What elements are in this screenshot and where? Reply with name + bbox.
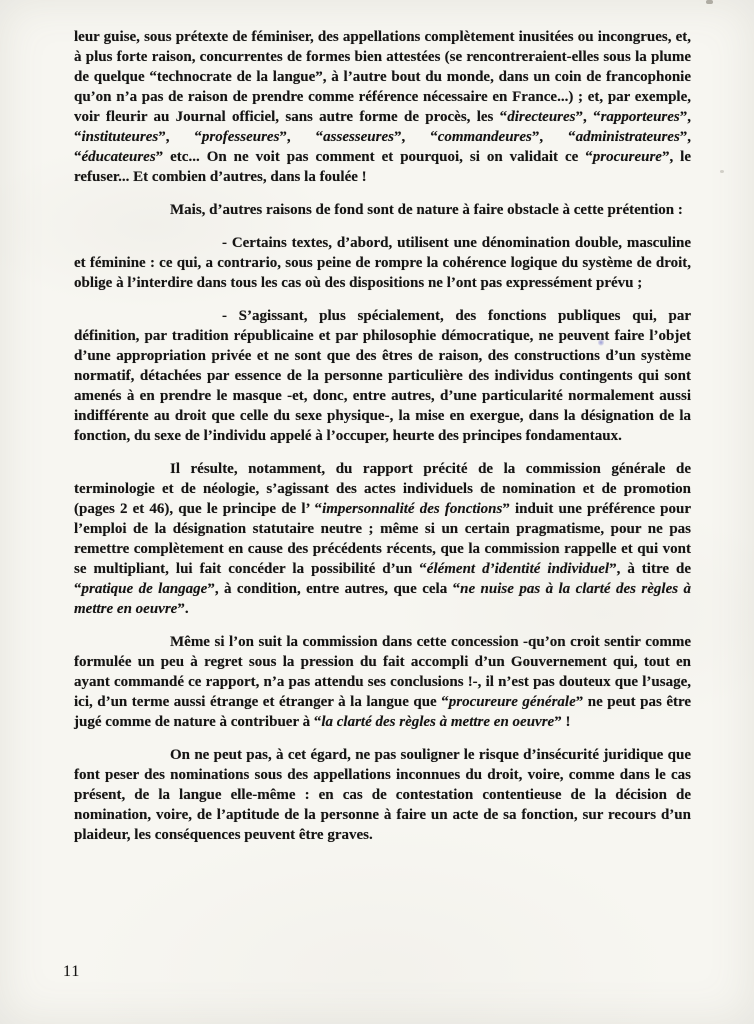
- body-text: ” etc... On ne voit pas comment et pourq…: [156, 149, 593, 165]
- quoted-term: directeures: [507, 109, 575, 125]
- paragraph: Mais, d’autres raisons de fond sont de n…: [74, 200, 691, 220]
- quoted-term: procureure: [593, 149, 662, 165]
- paragraph: Même si l’on suit la commission dans cet…: [74, 632, 691, 732]
- body-text: ”.: [177, 601, 188, 617]
- paragraph: Il résulte, notamment, du rapport précit…: [74, 459, 691, 619]
- body-text: ”, “: [279, 129, 323, 145]
- body-text: - S’agissant, plus spécialement, des fon…: [74, 308, 691, 444]
- body-text: - Certains textes, d’abord, utilisent un…: [74, 235, 691, 291]
- quoted-term: procureure générale: [449, 694, 576, 710]
- quoted-term: la clarté des règles à mettre en oeuvre: [321, 714, 554, 730]
- body-text: ”, “: [532, 129, 576, 145]
- paragraph: On ne peut pas, à cet égard, ne pas soul…: [74, 745, 691, 845]
- quoted-term: instituteures: [82, 129, 159, 145]
- quoted-term: élément d’identité individuel: [427, 561, 609, 577]
- body-text: On ne peut pas, à cet égard, ne pas soul…: [74, 747, 691, 843]
- quoted-term: assesseures: [323, 129, 394, 145]
- paragraph: - Certains textes, d’abord, utilisent un…: [74, 233, 691, 293]
- quoted-term: administrateures: [576, 129, 680, 145]
- page-number: 11: [63, 963, 80, 981]
- body-text: ”, “: [158, 129, 202, 145]
- paragraph: leur guise, sous prétexte de féminiser, …: [74, 27, 691, 187]
- quoted-term: professeures: [202, 129, 280, 145]
- scanned-page: leur guise, sous prétexte de féminiser, …: [0, 0, 754, 1024]
- ink-mark-icon: [598, 339, 604, 346]
- body-text: ” !: [554, 714, 570, 730]
- paragraph: - S’agissant, plus spécialement, des fon…: [74, 306, 691, 446]
- scan-speckle-icon: [720, 170, 724, 173]
- quoted-term: commandeures: [438, 129, 532, 145]
- body-text: Mais, d’autres raisons de fond sont de n…: [170, 202, 683, 218]
- body-text: ”, à condition, entre autres, que cela “: [207, 581, 460, 597]
- scan-speckle-icon: [706, 0, 713, 4]
- quoted-term: pratique de langage: [82, 581, 208, 597]
- quoted-term: éducateures: [82, 149, 156, 165]
- quoted-term: impersonnalité des fonctions: [322, 501, 502, 517]
- quoted-term: rapporteures: [601, 109, 680, 125]
- body-text: ”, “: [576, 109, 601, 125]
- body-text: ”, “: [394, 129, 438, 145]
- document-body: leur guise, sous prétexte de féminiser, …: [74, 27, 691, 845]
